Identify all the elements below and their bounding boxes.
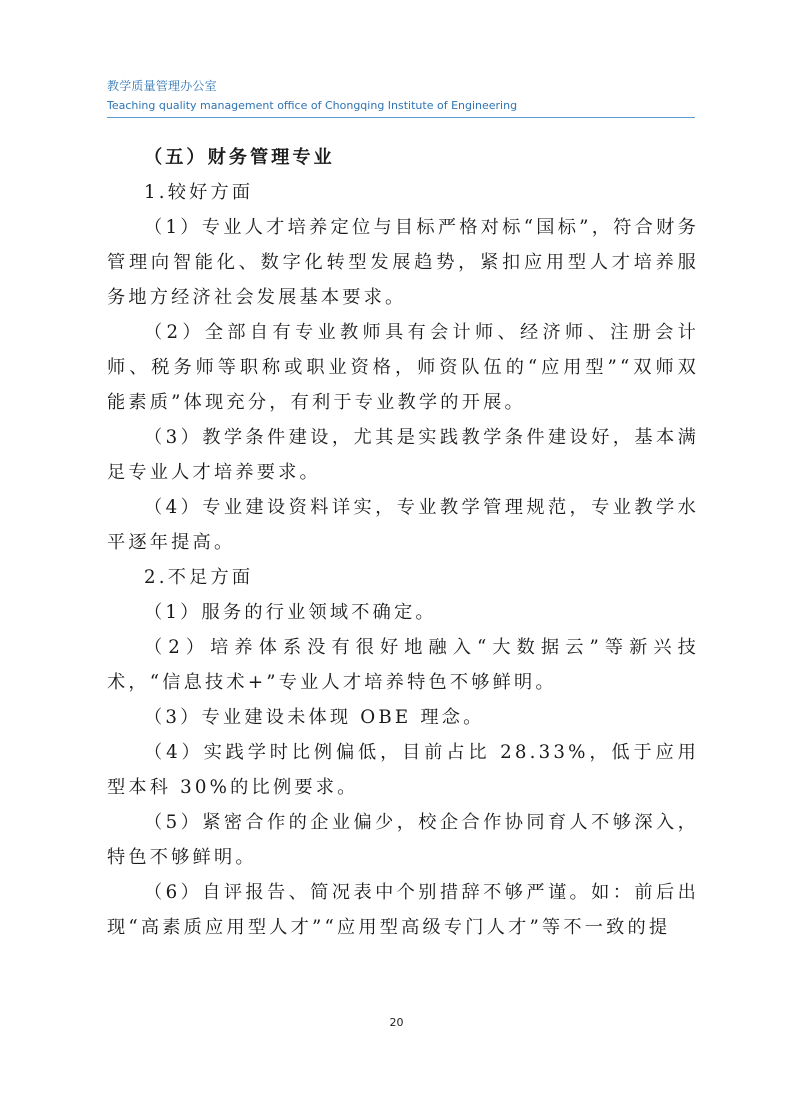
page-header: 教学质量管理办公室 Teaching quality management of… bbox=[107, 78, 695, 114]
weakness-item-6: （6）自评报告、简况表中个别措辞不够严谨。如：前后出现“高素质应用型人才”“应用… bbox=[107, 875, 699, 945]
header-office-name-en: Teaching quality management office of Ch… bbox=[107, 98, 695, 114]
page-number: 20 bbox=[0, 1016, 793, 1029]
strength-item-4: （4）专业建设资料详实，专业教学管理规范，专业教学水平逐年提高。 bbox=[107, 490, 699, 560]
section-title: （五）财务管理专业 bbox=[107, 140, 699, 175]
header-office-name-cn: 教学质量管理办公室 bbox=[107, 78, 695, 94]
weakness-item-1: （1）服务的行业领域不确定。 bbox=[107, 595, 699, 630]
strength-item-2: （2）全部自有专业教师具有会计师、经济师、注册会计师、税务师等职称或职业资格，师… bbox=[107, 315, 699, 420]
weakness-item-2: （2）培养体系没有很好地融入“大数据云”等新兴技术，“信息技术+”专业人才培养特… bbox=[107, 630, 699, 700]
weaknesses-heading: 2.不足方面 bbox=[107, 560, 699, 595]
weakness-item-4: （4）实践学时比例偏低，目前占比 28.33%，低于应用型本科 30%的比例要求… bbox=[107, 735, 699, 805]
strengths-heading: 1.较好方面 bbox=[107, 175, 699, 210]
weakness-item-5: （5）紧密合作的企业偏少，校企合作协同育人不够深入，特色不够鲜明。 bbox=[107, 805, 699, 875]
strength-item-1: （1）专业人才培养定位与目标严格对标“国标”，符合财务管理向智能化、数字化转型发… bbox=[107, 210, 699, 315]
weakness-item-3: （3）专业建设未体现 OBE 理念。 bbox=[107, 700, 699, 735]
document-body: （五）财务管理专业 1.较好方面 （1）专业人才培养定位与目标严格对标“国标”，… bbox=[107, 140, 699, 945]
header-divider bbox=[107, 117, 695, 118]
strength-item-3: （3）教学条件建设，尤其是实践教学条件建设好，基本满足专业人才培养要求。 bbox=[107, 420, 699, 490]
